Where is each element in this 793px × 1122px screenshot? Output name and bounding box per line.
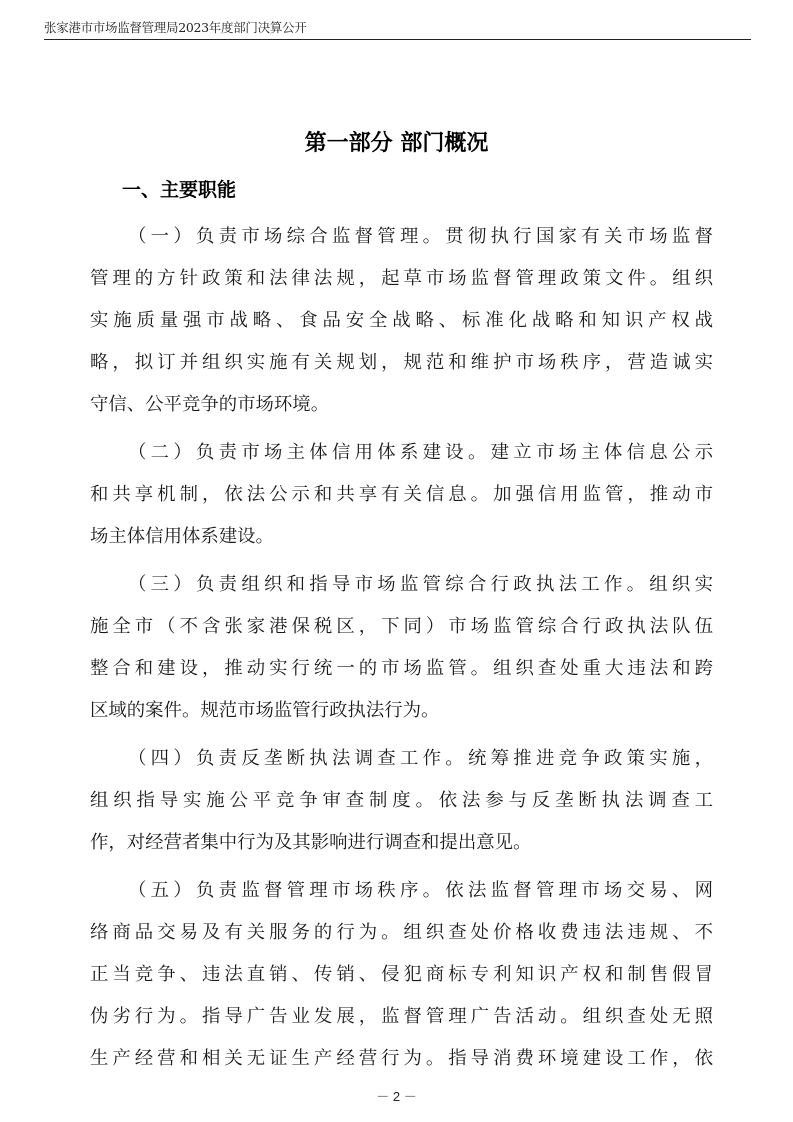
paragraph-line: （二）负责市场主体信用体系建设。建立市场主体信息公示 [90,432,713,474]
paragraph-1: （一）负责市场综合监督管理。贯彻执行国家有关市场监督 管理的方针政策和法律法规，… [90,216,713,426]
running-header: 张家港市市场监督管理局2023年度部门决算公开 [44,18,751,40]
paragraph-line: 络商品交易及有关服务的行为。组织查处价格收费违法违规、不 [90,912,713,954]
paragraph-line: 整合和建设，推动实行统一的市场监管。组织查处重大违法和跨 [90,648,713,690]
page-number: － 2 － [0,1086,793,1105]
paragraph-line: 作，对经营者集中行为及其影响进行调查和提出意见。 [90,822,713,864]
paragraph-line: （三）负责组织和指导市场监管综合行政执法工作。组织实 [90,564,713,606]
paragraph-line: 生产经营和相关无证生产经营行为。指导消费环境建设工作，依 [90,1038,713,1080]
section-heading: 一、主要职能 [122,175,236,202]
paragraph-4: （四）负责反垄断执法调查工作。统筹推进竞争政策实施， 组织指导实施公平竞争审查制… [90,738,713,864]
document-body: （一）负责市场综合监督管理。贯彻执行国家有关市场监督 管理的方针政策和法律法规，… [90,216,713,1080]
paragraph-line: 实施质量强市战略、食品安全战略、标准化战略和知识产权战 [90,300,713,342]
paragraph-line: 守信、公平竞争的市场环境。 [90,384,713,426]
paragraph-5: （五）负责监督管理市场秩序。依法监督管理市场交易、网 络商品交易及有关服务的行为… [90,870,713,1080]
paragraph-line: 正当竞争、违法直销、传销、侵犯商标专利知识产权和制售假冒 [90,954,713,996]
paragraph-line: 场主体信用体系建设。 [90,516,713,558]
paragraph-line: （一）负责市场综合监督管理。贯彻执行国家有关市场监督 [90,216,713,258]
paragraph-line: 组织指导实施公平竞争审查制度。依法参与反垄断执法调查工 [90,780,713,822]
paragraph-line: 伪劣行为。指导广告业发展，监督管理广告活动。组织查处无照 [90,996,713,1038]
paragraph-line: （四）负责反垄断执法调查工作。统筹推进竞争政策实施， [90,738,713,780]
paragraph-3: （三）负责组织和指导市场监管综合行政执法工作。组织实 施全市（不含张家港保税区，… [90,564,713,732]
paragraph-line: 管理的方针政策和法律法规，起草市场监督管理政策文件。组织 [90,258,713,300]
paragraph-line: （五）负责监督管理市场秩序。依法监督管理市场交易、网 [90,870,713,912]
paragraph-line: 施全市（不含张家港保税区，下同）市场监管综合行政执法队伍 [90,606,713,648]
paragraph-2: （二）负责市场主体信用体系建设。建立市场主体信息公示 和共享机制，依法公示和共享… [90,432,713,558]
paragraph-line: 略，拟订并组织实施有关规划，规范和维护市场秩序，营造诚实 [90,342,713,384]
page-title: 第一部分 部门概况 [0,126,793,157]
paragraph-line: 和共享机制，依法公示和共享有关信息。加强信用监管，推动市 [90,474,713,516]
paragraph-line: 区域的案件。规范市场监管行政执法行为。 [90,690,713,732]
